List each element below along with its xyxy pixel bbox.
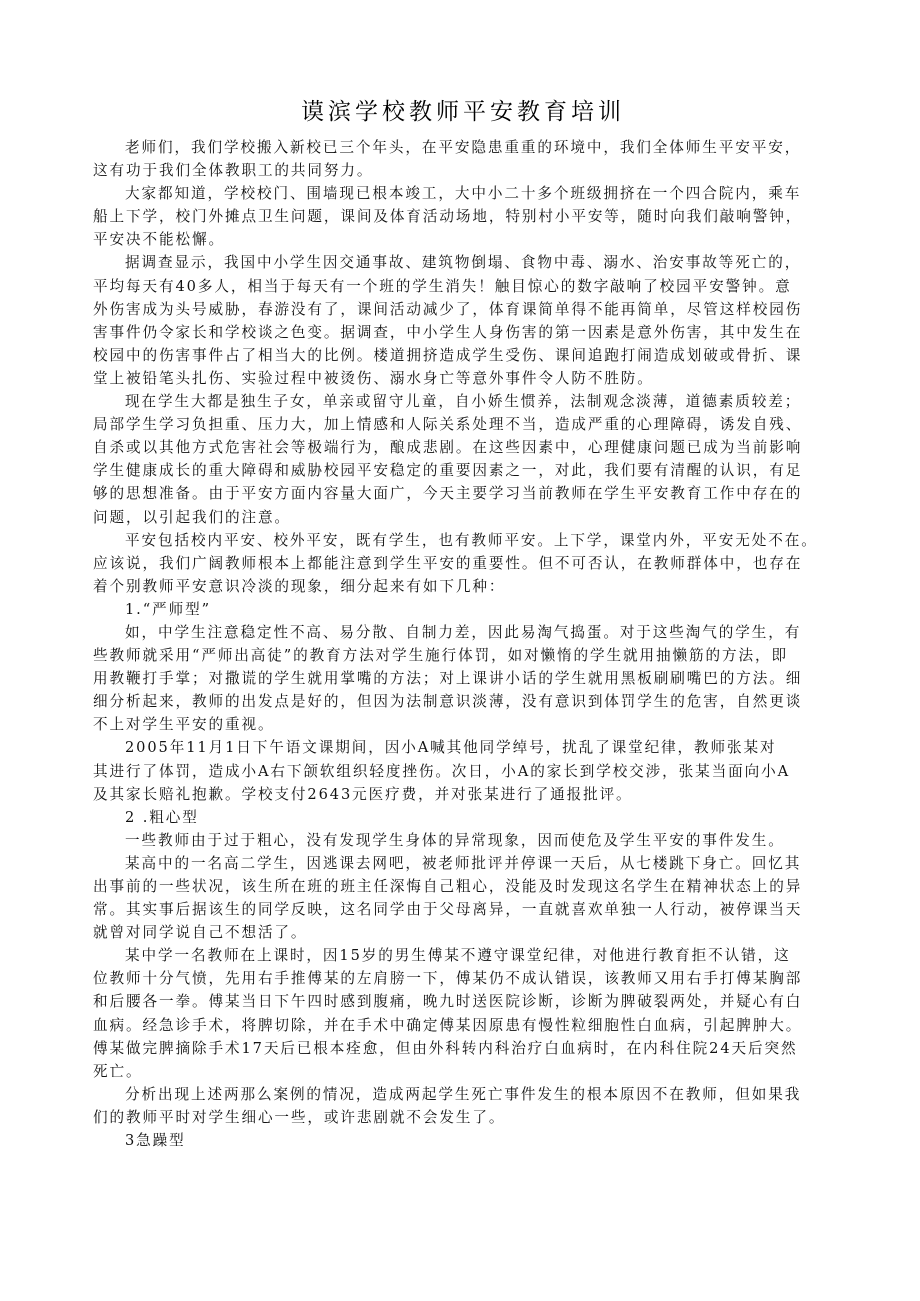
text-line: 现在学生大都是独生子女，单亲或留守儿童，自小娇生惯养，法制观念淡薄，道德素质较差… [93, 390, 833, 413]
text-line: 些教师就采用“严师出高徒”的教育方法对学生施行体罚，如对懒惰的学生就用抽懒筋的方… [93, 644, 833, 667]
text-line: 傅某做完脾摘除手术17天后已根本痊愈，但由外科转内科治疗白血病时，在内科住院24… [93, 1037, 833, 1060]
text-line: 大家都知道，学校校门、围墙现已根本竣工，大中小二十多个班级拥挤在一个四合院内，乘… [93, 182, 833, 205]
text-line: 细分析起来，教师的出发点是好的，但因为法制意识淡薄，没有意识到体罚学生的危害，自… [93, 690, 833, 713]
text-line: 平安包括校内平安、校外平安，既有学生，也有教师平安。上下学，课堂内外，平安无处不… [93, 529, 833, 552]
paragraph-analysis: 分析出现上述两那么案例的情况，造成两起学生死亡事件发生的根本原因不在教师，但如果… [93, 1083, 833, 1129]
paragraph-careless-intro: 一些教师由于过于粗心，没有发现学生身体的异常现象，因而使危及学生平安的事件发生。 [93, 829, 833, 852]
text-line: 就曾对同学说自己不想活了。 [93, 921, 833, 944]
text-line: 2005年11月1日下午语文课期间，因小A喊其他同学绰号，扰乱了课堂纪律，教师张… [93, 736, 833, 759]
paragraph-background: 大家都知道，学校校门、围墙现已根本竣工，大中小二十多个班级拥挤在一个四合院内，乘… [93, 182, 833, 251]
text-line: 局部学生学习负担重、压力大，加上情感和人际关系处理不当，造成严重的心理障碍，诱发… [93, 413, 833, 436]
paragraph-statistics: 据调查显示，我国中小学生因交通事故、建筑物倒塌、食物中毒、溺水、治安事故等死亡的… [93, 251, 833, 390]
text-line: 应该说，我们广阔教师根本上都能注意到学生平安的重要性。但不可否认，在教师群体中，… [93, 552, 833, 575]
section-heading-strict: 1.“严师型” [93, 598, 833, 621]
text-line: 血病。经急诊手术，将脾切除，并在手术中确定傅某因原患有慢性粒细胞性白血病，引起脾… [93, 1014, 833, 1037]
text-line: 老师们，我们学校搬入新校已三个年头，在平安隐患重重的环境中，我们全体师生平安平安… [93, 136, 833, 159]
paragraph-strict-teacher: 如，中学生注意稳定性不高、易分散、自制力差，因此易淘气捣蛋。对于这些淘气的学生，… [93, 621, 833, 736]
text-line: 一些教师由于过于粗心，没有发现学生身体的异常现象，因而使危及学生平安的事件发生。 [93, 829, 833, 852]
text-line: 外伤害成为头号威胁，春游没有了，课间活动减少了，体育课简单得不能再简单，尽管这样… [93, 298, 833, 321]
paragraph-intro: 老师们，我们学校搬入新校已三个年头，在平安隐患重重的环境中，我们全体师生平安平安… [93, 136, 833, 182]
text-line: 堂上被铅笔头扎伤、实验过程中被烫伤、溺水身亡等意外事件令人防不胜防。 [93, 367, 833, 390]
section-heading-careless: 2 .粗心型 [93, 806, 833, 829]
text-line: 及其家长赔礼抱歉。学校支付2643元医疗费，并对张某进行了通报批评。 [93, 783, 833, 806]
document-page: 谟滨学校教师平安教育培训 老师们，我们学校搬入新校已三个年头，在平安隐患重重的环… [93, 92, 833, 1152]
text-line: 其进行了体罚，造成小A右下颌软组织轻度挫伤。次日，小A的家长到学校交涉，张某当面… [93, 760, 833, 783]
text-line: 问题，以引起我们的注意。 [93, 506, 833, 529]
text-line: 平均每天有40多人，相当于每天有一个班的学生消失！触目惊心的数字敲响了校园平安警… [93, 275, 833, 298]
text-line: 平安决不能松懈。 [93, 228, 833, 251]
text-line: 常。其实事后据该生的同学反映，这名同学由于父母离异，一直就喜欢单独一人行动，被停… [93, 898, 833, 921]
text-line: 某中学一名教师在上课时，因15岁的男生傅某不遵守课堂纪律，对他进行教育拒不认错，… [93, 944, 833, 967]
text-line: 位教师十分气愤，先用右手推傅某的左肩膀一下，傅某仍不成认错误，该教师又用右手打傅… [93, 967, 833, 990]
text-line: 这有功于我们全体教职工的共同努力。 [93, 159, 833, 182]
heading-text: 3急躁型 [93, 1129, 833, 1152]
text-line: 不上对学生平安的重视。 [93, 713, 833, 736]
text-line: 学生健康成长的重大障碍和威胁校园平安稳定的重要因素之一，对此，我们要有清醒的认识… [93, 459, 833, 482]
heading-text: 1.“严师型” [93, 598, 833, 621]
paragraph-psychology: 现在学生大都是独生子女，单亲或留守儿童，自小娇生惯养，法制观念淡薄，道德素质较差… [93, 390, 833, 529]
text-line: 们的教师平时对学生细心一些，或许悲剧就不会发生了。 [93, 1106, 833, 1129]
text-line: 分析出现上述两那么案例的情况，造成两起学生死亡事件发生的根本原因不在教师，但如果… [93, 1083, 833, 1106]
text-line: 和后腰各一拳。傅某当日下午四时感到腹痛，晚九时送医院诊断，诊断为脾破裂两处，并疑… [93, 990, 833, 1013]
text-line: 如，中学生注意稳定性不高、易分散、自制力差，因此易淘气捣蛋。对于这些淘气的学生，… [93, 621, 833, 644]
text-line: 用教鞭打手掌；对撒谎的学生就用掌嘴的方法；对上课讲小话的学生就用黑板刷刷嘴巴的方… [93, 667, 833, 690]
paragraph-case-fu: 某中学一名教师在上课时，因15岁的男生傅某不遵守课堂纪律，对他进行教育拒不认错，… [93, 944, 833, 1083]
text-line: 够的思想准备。由于平安方面内容量大面广，今天主要学习当前教师在学生平安教育工作中… [93, 482, 833, 505]
text-line: 死亡。 [93, 1060, 833, 1083]
paragraph-scope: 平安包括校内平安、校外平安，既有学生，也有教师平安。上下学，课堂内外，平安无处不… [93, 529, 833, 598]
text-line: 着个别教师平安意识冷淡的现象，细分起来有如下几种： [93, 575, 833, 598]
heading-text: 2 .粗心型 [93, 806, 833, 829]
section-heading-impatient: 3急躁型 [93, 1129, 833, 1152]
text-line: 自杀或以其他方式危害社会等极端行为，酿成悲剧。在这些因素中，心理健康问题已成为当… [93, 436, 833, 459]
document-title: 谟滨学校教师平安教育培训 [93, 92, 833, 132]
text-line: 校园中的伤害事件占了相当大的比例。楼道拥挤造成学生受伤、课间追跑打闹造成划破或骨… [93, 344, 833, 367]
paragraph-case-internet: 某高中的一名高二学生，因逃课去网吧，被老师批评并停课一天后，从七楼跳下身亡。回忆… [93, 852, 833, 944]
text-line: 船上下学，校门外摊点卫生问题，课间及体育活动场地，特别村小平安等，随时向我们敲响… [93, 205, 833, 228]
text-line: 据调查显示，我国中小学生因交通事故、建筑物倒塌、食物中毒、溺水、治安事故等死亡的… [93, 251, 833, 274]
text-line: 某高中的一名高二学生，因逃课去网吧，被老师批评并停课一天后，从七楼跳下身亡。回忆… [93, 852, 833, 875]
text-line: 出事前的一些状况，该生所在班的班主任深悔自己粗心，没能及时发现这名学生在精神状态… [93, 875, 833, 898]
text-line: 害事件仍令家长和学校谈之色变。据调查，中小学生人身伤害的第一因素是意外伤害，其中… [93, 321, 833, 344]
paragraph-case-2005: 2005年11月1日下午语文课期间，因小A喊其他同学绰号，扰乱了课堂纪律，教师张… [93, 736, 833, 805]
